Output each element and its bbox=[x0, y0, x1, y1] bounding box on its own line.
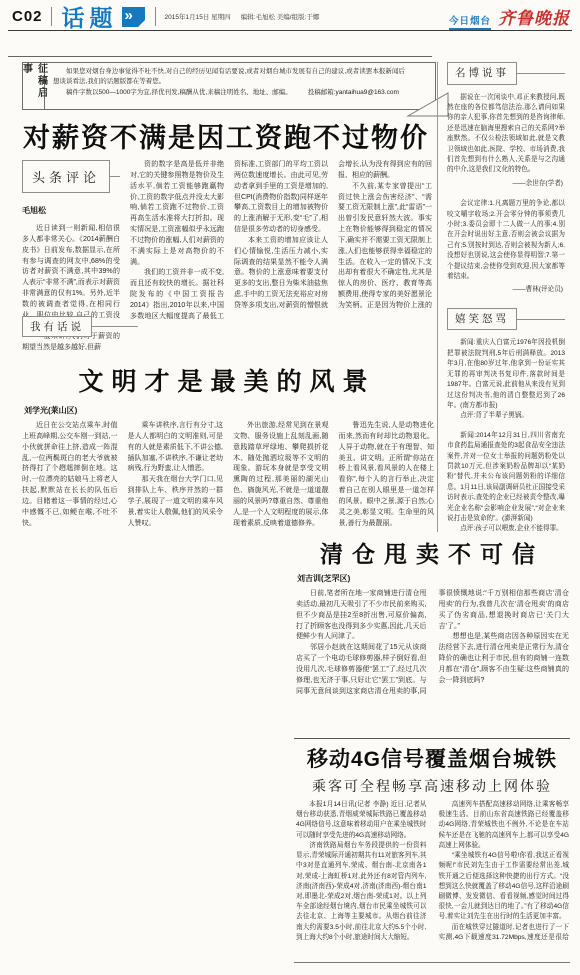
notice-paragraph: 稿件字数以500—1000字为宜,择优刊发,稿酬从优,来稿注明姓名、地址、邮编。… bbox=[53, 88, 405, 98]
satire-comment: 点评:孩子可以喂废,企业不能得罪。 bbox=[447, 524, 565, 534]
section-label-text: 头条评论 bbox=[22, 160, 110, 193]
notice-label-text: 征稿启事 bbox=[19, 63, 49, 109]
masthead-today-yantai: 今日烟台 bbox=[449, 13, 491, 30]
satire-news-item: 新闻:2014年12月31日,四川省南充市食药监局通报查处的3起食品安全违法案件… bbox=[447, 431, 565, 525]
date-line: 2015年1月15日 星期四 编辑:毛旭松 美编/组版:于娜 bbox=[165, 12, 320, 21]
lead-article-body: 头条评论 毛旭松 近日读到一则新闻,相信很多人都非常关心。《2014薪酬白皮书》… bbox=[22, 160, 432, 332]
double-chevron-icon: » bbox=[125, 6, 133, 26]
satire-news-item: 新闻:重庆人白富元1976年因投机倒把罪被法院判刑,5年后刑满释放。2013年3… bbox=[447, 338, 565, 411]
blogger-quote: 据说在一次闲谈中,邓正来教授问,既然在座的各位都笃信法治,那么请问如果你的亲人犯… bbox=[447, 93, 565, 176]
notice-body: 如果您对烟台身边事觉得不吐不快,对自己的经历见闻有话要说,或者对烟台城市发展有自… bbox=[45, 63, 435, 109]
lead-article-author: 毛旭松 bbox=[22, 205, 120, 216]
clearance-article-author: 刘吉训(芝罘区) bbox=[297, 573, 350, 584]
civility-paragraph: 外出旅游,经常见到在景观文物、服务设施上乱刻乱画,随意践踏草坪绿地、攀爬损折花木… bbox=[233, 421, 329, 529]
section-label-reader-voices: 我有话说 bbox=[22, 316, 138, 337]
mobile-article-body: 本报1月14日讯(记者 李静) 近日,记者从烟台移动获悉,青烟威荣城际铁路已覆盖… bbox=[296, 800, 569, 958]
civility-paragraph: 近日在公交站点乘车,时值上班高峰期,公交车刚一到站,一小伙就拼命往上挤,造成一阵… bbox=[22, 421, 118, 529]
satire-comment: 点评:背了半辈子黑锅。 bbox=[447, 411, 565, 421]
mobile-paragraph: “乘坐城铁有4G信号啦!你看,我这正看视频呢!”市民刘先生由于工作需要经常出差,… bbox=[439, 851, 570, 923]
right-sidebar: 名博说事 据说在一次闲谈中,邓正来教授问,既然在座的各位都笃信法治,那么请问如果… bbox=[437, 62, 565, 532]
submission-email: 投稿邮箱:yantaihua9@163.com bbox=[308, 88, 399, 98]
section-label-famous-bloggers: 名博说事 bbox=[447, 62, 565, 85]
mobile-article-subhead: 乘客可全程畅享高速移动上网体验 bbox=[293, 776, 571, 796]
page-code: C02 bbox=[8, 8, 51, 25]
clearance-article-body: 日前,笔者所在地一家商铺进行清仓甩卖活动,最初几天吸引了不少市民前来购买,但不少… bbox=[296, 589, 569, 735]
civility-article-body: 近日在公交站点乘车,时值上班高峰期,公交车刚一到站,一小伙就拼命往上挤,造成一阵… bbox=[22, 421, 434, 547]
submission-notice-box: 征稿启事 如果您对烟台身边事觉得不吐不快,对自己的经历见闻有话要说,或者对烟台城… bbox=[22, 62, 436, 110]
civility-article-author: 刘学光(莱山区) bbox=[24, 405, 77, 416]
mobile-article-bottom-rule bbox=[294, 962, 570, 963]
chevron-badge-icon: » bbox=[122, 7, 145, 27]
section-label-rule bbox=[91, 326, 138, 327]
lead-paragraph: 不久前,某专家曾提出“工资过快上涨会伤害经济”、“需要工资无限制上涨”,此“雷语… bbox=[338, 160, 432, 332]
publish-date: 2015年1月15日 星期四 bbox=[165, 12, 231, 21]
page-header: C02 话题 » 2015年1月15日 星期四 编辑:毛旭松 美编/组版:于娜 … bbox=[8, 3, 572, 31]
lead-paragraph: 资的数字是高是低并非绝对,它的关键参照物是物价及生活水平,倘若工资能够跑赢物价,… bbox=[130, 160, 224, 268]
blogger-attribution: ——曹林(评论员) bbox=[447, 285, 563, 295]
section-label-text: 我有话说 bbox=[22, 316, 92, 337]
clearance-paragraph: 日前,笔者所在地一家商铺进行清仓甩卖活动,最初几天吸引了不少市民前来购买,但不少… bbox=[296, 589, 427, 643]
lead-article-first-column: 头条评论 毛旭松 近日读到一则新闻,相信很多人都非常关心。《2014薪酬白皮书》… bbox=[22, 160, 120, 332]
header-divider bbox=[51, 7, 52, 26]
notice-requirements: 稿件字数以500—1000字为宜,择优刊发,稿酬从优,来稿注明姓名、地址、邮编。 bbox=[66, 89, 292, 96]
section-label-rule bbox=[109, 176, 120, 177]
header-divider bbox=[155, 7, 156, 26]
civility-paragraph: 鲁迅先生说,人是动物进化而来,然而有时却比动物退化。人异于动物,就在于有理智、知… bbox=[339, 421, 435, 529]
lead-article-headline: 对薪资不满是因工资跑不过物价 bbox=[20, 116, 432, 155]
mobile-paragraph: 高速列车搭配高速移动网络,让乘客畅享极速生活。目前山东省高速铁路已经覆盖移动4G… bbox=[439, 800, 570, 851]
section-label-rule bbox=[516, 73, 565, 74]
section-label-text: 嬉笑怒骂 bbox=[447, 308, 517, 331]
clearance-paragraph: 想想也是,某些商店因各种原因实在无法经营下去,进行清仓甩卖是正常行为,清仓降价的… bbox=[439, 632, 570, 686]
masthead: 今日烟台 齐鲁晚报 bbox=[449, 4, 572, 30]
masthead-qilu-evening-news: 齐鲁晚报 bbox=[498, 4, 570, 29]
blogger-attribution: ——余世存(学者) bbox=[447, 179, 563, 189]
notice-label: 征稿启事 bbox=[23, 63, 45, 109]
newspaper-page: C02 话题 » 2015年1月15日 星期四 编辑:毛旭松 美编/组版:于娜 … bbox=[0, 0, 580, 975]
civility-article-headline: 文明才是最美的风景 bbox=[20, 362, 434, 398]
content-top-rule bbox=[8, 56, 432, 57]
mobile-article-headline: 移动4G信号覆盖烟台城铁 bbox=[293, 743, 571, 773]
mobile-paragraph: 本报1月14日讯(记者 李静) 近日,记者从烟台移动获悉,青烟威荣城际铁路已覆盖… bbox=[296, 800, 427, 841]
blogger-quote: 会议定律:1.凡离题万里的争论,都以咬文嚼字收场;2.开会零分钟的事须费几小时;… bbox=[447, 199, 565, 282]
section-label-rule bbox=[516, 319, 565, 320]
lead-article-columns: 资的数字是高是低并非绝对,它的关键参照物是物价及生活水平,倘若工资能够跑赢物价,… bbox=[130, 160, 432, 332]
civility-paragraph: 那天我在烟台大学门口,见到排队上车、秩序井然的一群学子,展现了一道文明的乘车风景… bbox=[128, 475, 224, 529]
section-label-headline-comment: 头条评论 bbox=[22, 160, 120, 193]
civility-paragraph: 乘车讲秩序,言行有分寸,这是人人都明白的文明准则,可是有的人就是素质低下,不讲公… bbox=[128, 421, 224, 475]
editor-credits: 编辑:毛旭松 美编/组版:于娜 bbox=[241, 12, 320, 21]
notice-paragraph: 如果您对烟台身边事觉得不吐不快,对自己的经历见闻有话要说,或者对烟台城市发展有自… bbox=[53, 67, 405, 88]
section-label-text: 名博说事 bbox=[447, 62, 517, 85]
clearance-article-headline: 清仓甩卖不可信 bbox=[293, 536, 571, 569]
section-title: 话题 bbox=[62, 0, 118, 33]
mobile-paragraph: 济南铁路局烟台车务段提供的一份资料显示,青荣城际开通初期共有11对旅客列车,其中… bbox=[296, 841, 427, 943]
section-label-satire: 嬉笑怒骂 bbox=[447, 308, 565, 331]
mobile-article-top-rule bbox=[294, 738, 570, 739]
